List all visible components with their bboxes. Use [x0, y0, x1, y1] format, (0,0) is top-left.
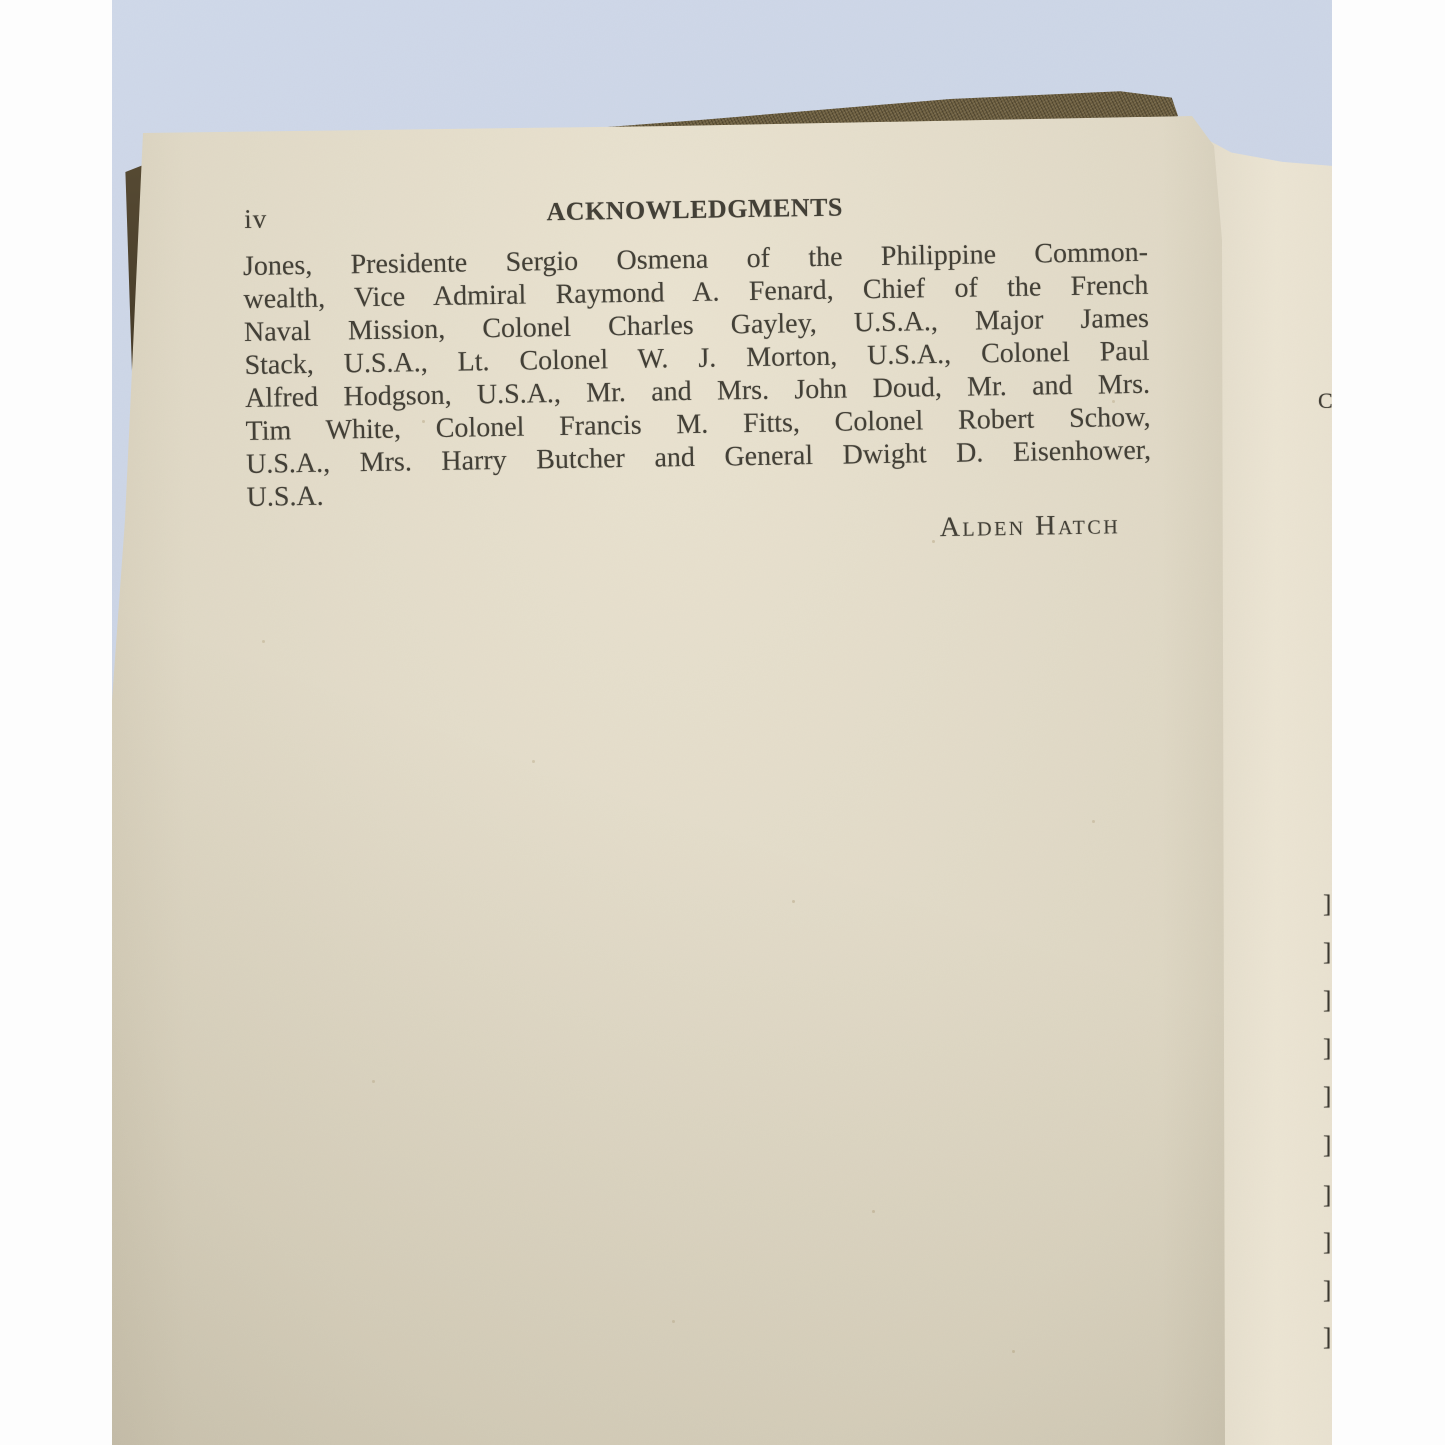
- photo-area: C ]]]]]]]]]] iv ACKNOWLEDGMENTS Jones, P…: [112, 0, 1332, 1445]
- book-photo-canvas: C ]]]]]]]]]] iv ACKNOWLEDGMENTS Jones, P…: [0, 0, 1445, 1445]
- paper-texture-overlay: [112, 0, 1332, 1445]
